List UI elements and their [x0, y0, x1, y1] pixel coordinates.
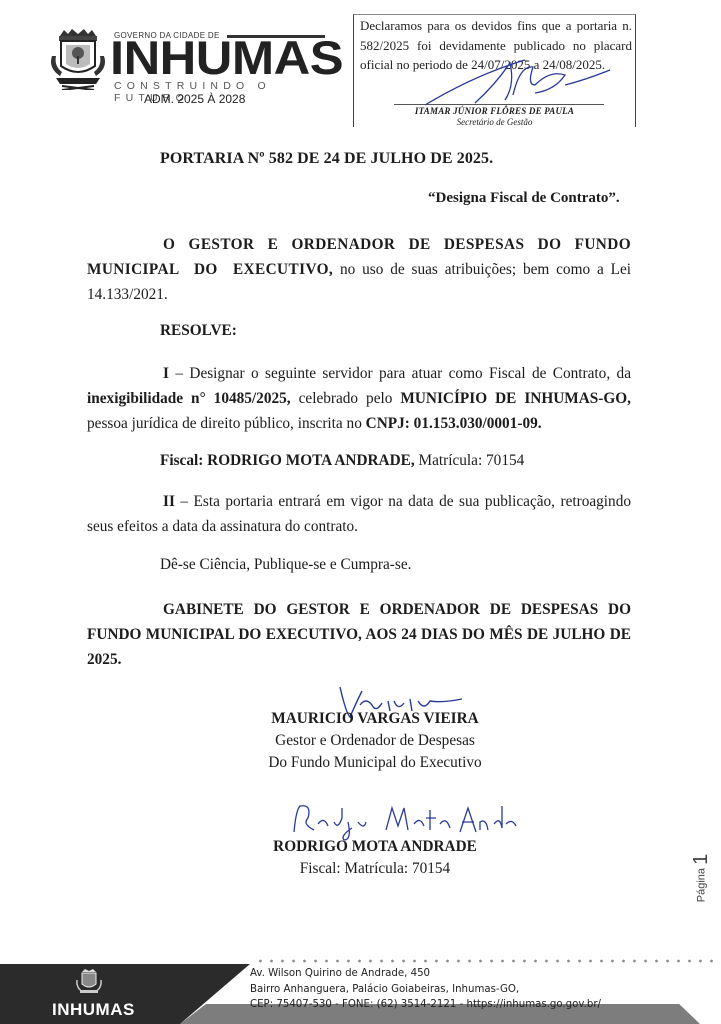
city-coat-of-arms-icon — [42, 26, 114, 90]
signer-name: MAURICIO VARGAS VIEIRA — [200, 708, 550, 730]
fiscal-line: Fiscal: RODRIGO MOTA ANDRADE, Matrícula:… — [160, 452, 524, 470]
fiscal-name: Fiscal: RODRIGO MOTA ANDRADE, — [160, 452, 415, 469]
preamble-paragraph: O GESTOR E ORDENADOR DE DESPESAS DO FUND… — [87, 232, 631, 307]
page-number-value: 1 — [690, 854, 712, 865]
administration-period: ADM. 2025 À 2028 — [144, 92, 245, 106]
article-2: II – Esta portaria entrará em vigor na d… — [87, 489, 631, 539]
closing-formula: Dê-se Ciência, Publique-se e Cumpra-se. — [160, 556, 411, 574]
signer-role: Fiscal: Matrícula: 70154 — [200, 858, 550, 880]
cnpj: CNPJ: 01.153.030/0001-09. — [366, 415, 542, 432]
document-subtitle: “Designa Fiscal de Contrato”. — [428, 190, 620, 207]
fiscal-registration: Matrícula: 70154 — [415, 452, 525, 469]
city-name: INHUMAS — [110, 34, 343, 81]
signer-role: Gestor e Ordenador de Despesas — [200, 730, 550, 752]
article-1-text: – Designar o seguinte servidor para atua… — [169, 365, 631, 382]
resolve-heading: RESOLVE: — [160, 322, 237, 340]
document-title: PORTARIA Nº 582 DE 24 DE JULHO DE 2025. — [160, 150, 493, 168]
municipality-name: MUNICÍPIO DE INHUMAS-GO, — [400, 390, 631, 407]
page-number: Página 1 — [690, 838, 710, 918]
signature-block-manager: MAURICIO VARGAS VIEIRA Gestor e Ordenado… — [200, 708, 550, 774]
page-label: Página — [695, 868, 707, 902]
footer-dotted-divider — [255, 958, 715, 964]
inexigibilidade-number: inexigibilidade n° 10485/2025, — [87, 390, 291, 407]
signer-name: RODRIGO MOTA ANDRADE — [200, 836, 550, 858]
signer-role: Do Fundo Municipal do Executivo — [200, 752, 550, 774]
footer-address: Av. Wilson Quirino de Andrade, 450 Bairr… — [250, 966, 601, 1013]
article-2-number: II — [163, 493, 175, 510]
address-neighborhood: Bairro Anhanguera, Palácio Goiabeiras, I… — [250, 982, 601, 998]
footer-logo-text: INHUMAS — [52, 1000, 135, 1020]
footer-coat-of-arms-icon — [74, 968, 104, 996]
article-1-text: celebrado pelo — [291, 390, 401, 407]
address-street: Av. Wilson Quirino de Andrade, 450 — [250, 966, 601, 982]
stamp-signer-role: Secretário de Gestão — [354, 117, 635, 127]
address-contact[interactable]: CEP: 75407-530 - FONE: (62) 3514-2121 - … — [250, 997, 601, 1013]
article-1: I – Designar o seguinte servidor para at… — [87, 361, 631, 436]
city-logo: GOVERNO DA CIDADE DE INHUMAS CONSTRUINDO… — [42, 24, 342, 104]
handwritten-signature-stamp — [415, 55, 615, 110]
cabinet-paragraph: GABINETE DO GESTOR E ORDENADOR DE DESPES… — [87, 597, 631, 672]
signature-block-fiscal: RODRIGO MOTA ANDRADE Fiscal: Matrícula: … — [200, 836, 550, 880]
article-1-text: pessoa jurídica de direito público, insc… — [87, 415, 366, 432]
